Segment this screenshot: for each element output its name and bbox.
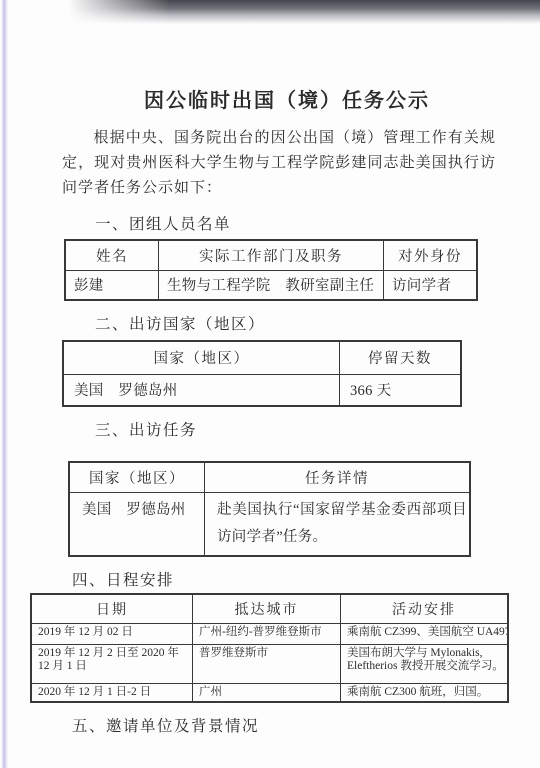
itinerary-row-outbound: 2019 年 12 月 02 日 广州-纽约-普罗维登斯市 乘南航 CZ399、…	[31, 623, 508, 644]
cell-person-identity: 访问学者	[384, 270, 478, 300]
itinerary-row-stay: 2019 年 12 月 2 日至 2020 年 12 月 1 日 普罗维登斯市 …	[31, 644, 508, 683]
header-cell-activity: 活动安排	[341, 594, 509, 624]
section-heading-inviting-unit: 五、邀请单位及背景情况	[72, 714, 540, 736]
header-cell-stay-days: 停留天数	[340, 341, 462, 374]
cell-country: 美国 罗德岛州	[63, 374, 340, 406]
destination-table: 国家（地区） 停留天数 美国 罗德岛州 366 天	[62, 340, 462, 407]
section-heading-task: 三、出访任务	[95, 418, 540, 440]
header-cell-country: 国家（地区）	[63, 341, 340, 374]
itinerary-table-header-row: 日期 抵达城市 活动安排	[31, 594, 508, 624]
cell-date-2: 2019 年 12 月 2 日至 2020 年 12 月 1 日	[31, 644, 193, 683]
cell-activity-1: 乘南航 CZ399、美国航空 UA4973	[341, 623, 509, 644]
header-cell-name: 姓名	[65, 240, 159, 270]
personnel-table: 姓名 实际工作部门及职务 对外身份 彭建 生物与工程学院 教研室副主任 访问学者	[64, 239, 478, 301]
header-cell-date: 日期	[31, 594, 193, 624]
cell-date-1: 2019 年 12 月 02 日	[31, 623, 193, 644]
cell-person-department: 生物与工程学院 教研室副主任	[159, 270, 384, 300]
personnel-table-header-row: 姓名 实际工作部门及职务 对外身份	[65, 240, 477, 270]
cell-task-detail: 赴美国执行“国家留学基金委西部项目访问学者”任务。	[205, 492, 471, 556]
cell-task-country: 美国 罗德岛州	[69, 492, 205, 556]
task-table-row: 美国 罗德岛州 赴美国执行“国家留学基金委西部项目访问学者”任务。	[69, 492, 470, 556]
header-cell-department: 实际工作部门及职务	[159, 240, 384, 270]
section-heading-itinerary: 四、日程安排	[72, 568, 540, 590]
section-heading-personnel: 一、团组人员名单	[95, 212, 540, 234]
intro-paragraph: 根据中央、国务院出台的因公出国（境）管理工作有关规定，现对贵州医科大学生物与工程…	[62, 126, 496, 201]
document-title: 因公临时出国（境）任务公示	[34, 84, 540, 113]
header-cell-arrival-city: 抵达城市	[193, 594, 341, 624]
scan-artifact-left-edge	[1, 0, 8, 768]
cell-city-1: 广州-纽约-普罗维登斯市	[193, 623, 341, 644]
section-heading-destination: 二、出访国家（地区）	[95, 312, 540, 334]
cell-activity-2: 美国布朗大学与 Mylonakis, Eleftherios 教授开展交流学习。	[341, 644, 509, 683]
scan-artifact-top-fade	[0, 0, 170, 28]
task-table-header-row: 国家（地区） 任务详情	[69, 462, 470, 492]
itinerary-table: 日期 抵达城市 活动安排 2019 年 12 月 02 日 广州-纽约-普罗维登…	[30, 593, 509, 704]
destination-table-header-row: 国家（地区） 停留天数	[63, 341, 461, 374]
destination-table-row: 美国 罗德岛州 366 天	[63, 374, 461, 406]
cell-person-name: 彭建	[65, 270, 159, 300]
header-cell-task-detail: 任务详情	[205, 462, 471, 492]
cell-stay-days: 366 天	[340, 374, 462, 406]
header-cell-task-country: 国家（地区）	[69, 462, 205, 492]
cell-activity-3: 乘南航 CZ300 航班，归国。	[341, 683, 509, 702]
cell-city-2: 普罗维登斯市	[193, 644, 341, 683]
personnel-table-row: 彭建 生物与工程学院 教研室副主任 访问学者	[65, 270, 477, 300]
header-cell-identity: 对外身份	[384, 240, 478, 270]
itinerary-row-return: 2020 年 12 月 1 日-2 日 广州 乘南航 CZ300 航班，归国。	[31, 683, 508, 702]
cell-city-3: 广州	[193, 683, 341, 702]
cell-date-3: 2020 年 12 月 1 日-2 日	[31, 683, 193, 702]
scanned-document-page: 因公临时出国（境）任务公示 根据中央、国务院出台的因公出国（境）管理工作有关规定…	[0, 0, 540, 768]
task-table: 国家（地区） 任务详情 美国 罗德岛州 赴美国执行“国家留学基金委西部项目访问学…	[68, 461, 471, 557]
